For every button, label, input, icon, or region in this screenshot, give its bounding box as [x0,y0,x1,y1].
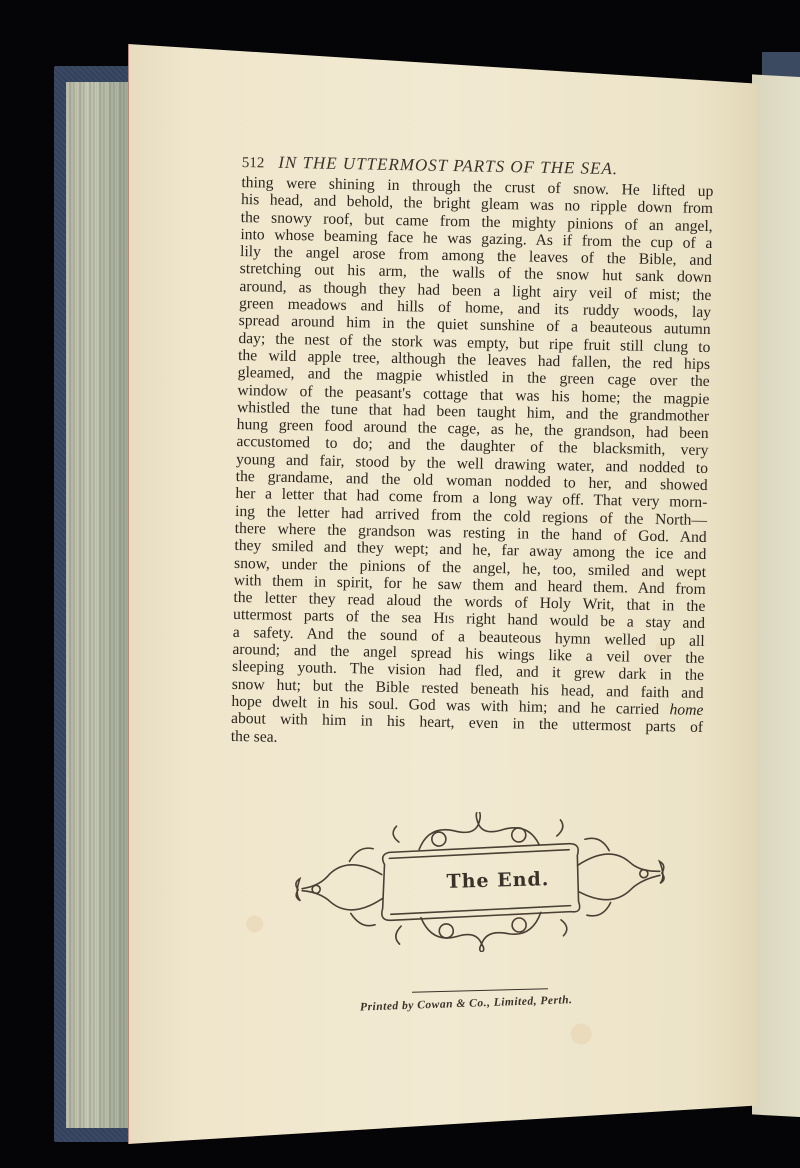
the-end-ornament: The End. [288,807,672,957]
italic-home: home [669,701,703,719]
body-paragraph: thing were shining in through the crust … [231,174,714,754]
facing-page-edge [752,74,800,1117]
the-end-label: The End. [438,868,559,893]
page-edges [66,82,128,1128]
page-text-block: 512 IN THE UTTERMOST PARTS OF THE SEA. t… [231,152,714,754]
small-caps-his: His [433,610,454,627]
page-number: 512 [242,155,265,172]
